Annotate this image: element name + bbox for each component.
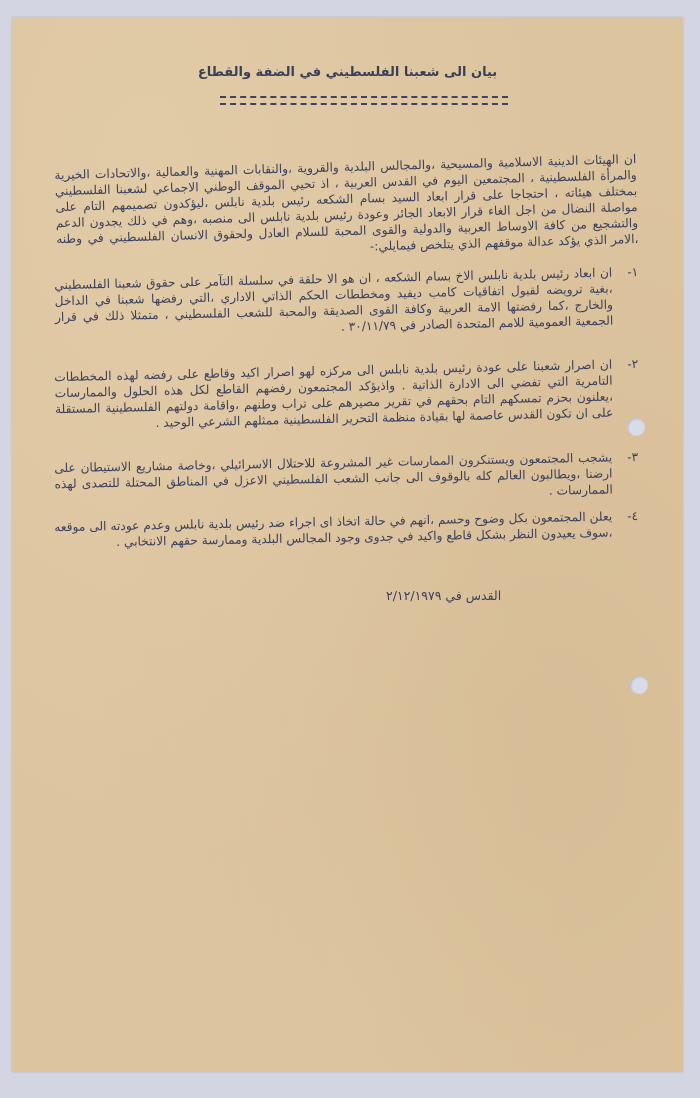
intro-paragraph: ان الهيئات الدينية الاسلامية والمسيحية ،… — [54, 151, 638, 263]
document-page: بيان الى شعبنا الفلسطيني في الضفة والقطا… — [12, 17, 683, 1072]
numbered-item: ٢- ان اصرار شعبنا على عودة رئيس بلدية نا… — [54, 356, 639, 433]
title-separator-rule — [220, 96, 508, 105]
numbered-item: ٣- يشجب المجتمعون ويستنكرون الممارسات غي… — [54, 449, 639, 508]
punch-hole — [627, 418, 645, 436]
item-text: ان اصرار شعبنا على عودة رئيس بلدية نابلس… — [54, 357, 613, 434]
punch-hole — [630, 676, 648, 694]
item-text: ان ابعاد رئيس بلدية نابلس الاخ بسام الشك… — [54, 265, 613, 342]
item-text: يعلن المجتمعون بكل وضوح وحسم ،انهم في حا… — [54, 508, 613, 551]
place-and-date: القدس في ٢/١٢/١٩٧٩ — [386, 588, 501, 603]
item-number: ٤- — [612, 508, 639, 540]
numbered-item: ٤- يعلن المجتمعون بكل وضوح وحسم ،انهم في… — [54, 508, 639, 551]
item-number: ٢- — [612, 356, 639, 421]
document-title: بيان الى شعبنا الفلسطيني في الضفة والقطا… — [12, 65, 683, 80]
item-number: ٣- — [612, 449, 639, 497]
item-text: يشجب المجتمعون ويستنكرون الممارسات غير ا… — [54, 449, 613, 508]
item-number: ١- — [612, 264, 639, 329]
numbered-item: ١- ان ابعاد رئيس بلدية نابلس الاخ بسام ا… — [54, 264, 639, 341]
